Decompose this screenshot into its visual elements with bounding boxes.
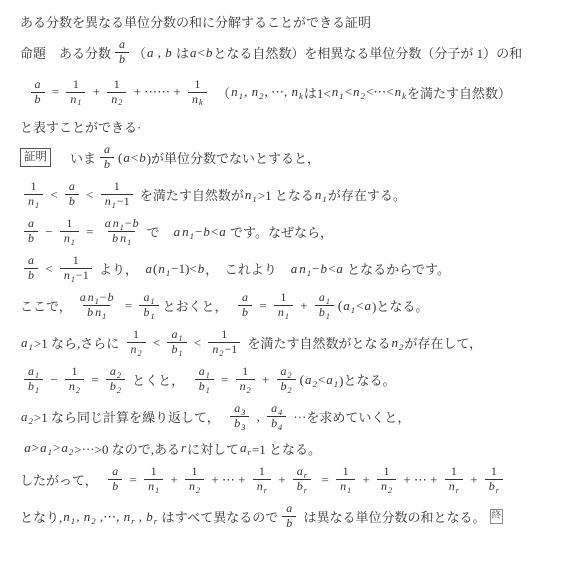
fraction-numerator: a1 (139, 291, 158, 305)
text-run: < (328, 261, 335, 277)
math-var: b (118, 52, 126, 66)
fraction: ab (31, 78, 45, 107)
text-run: と表すことができる· (20, 117, 141, 136)
fraction: a4b4 (267, 402, 286, 431)
fraction-denominator: b (24, 231, 38, 246)
fraction: 1n1−1 (101, 180, 133, 209)
text-run: （ (211, 83, 231, 102)
fraction-numerator: 1 (277, 291, 289, 305)
fraction: 1n1 (274, 291, 293, 320)
math-var: n1 (314, 187, 328, 203)
text-run: , (253, 409, 263, 425)
subscript: 1 (206, 371, 210, 380)
subscript: 1 (29, 342, 33, 352)
subscript: 1 (285, 312, 289, 321)
math-var: a1 (39, 440, 53, 456)
text-run: とおくと， (163, 296, 235, 315)
fraction-numerator: a2 (106, 365, 125, 379)
text-run: < (131, 150, 138, 166)
fraction: an1−bbn1 (76, 291, 118, 320)
fraction: a1b1 (24, 365, 43, 394)
math-var: n1 (69, 92, 82, 106)
subscript: 1 (326, 312, 330, 321)
text-run: 1 (221, 327, 227, 341)
fraction-denominator: b (24, 268, 38, 283)
text-run: < (150, 335, 164, 351)
fraction-numerator: 1 (70, 78, 82, 92)
text-run: + ⋯ + (400, 472, 441, 488)
math-var: n2 (188, 479, 201, 493)
fraction-denominator: b (108, 479, 122, 494)
text-run: 1 (259, 464, 265, 478)
math-var: a (241, 290, 249, 304)
math-var: a (27, 216, 35, 230)
text-run: )となる。 (339, 370, 395, 389)
text-run: − (195, 224, 202, 240)
text-run: 1 (280, 290, 286, 304)
math-var: n2 (83, 509, 97, 525)
subscript: 1 (77, 98, 81, 107)
fraction-numerator: 1 (256, 465, 268, 479)
math-var: n1 (230, 84, 244, 100)
fraction-numerator: ar (293, 465, 311, 479)
fraction: 1n1 (66, 78, 85, 107)
subscript: 1 (326, 297, 330, 306)
fraction-numerator: an1−b (76, 291, 118, 305)
fraction: a2b2 (277, 365, 296, 394)
subscript: 4 (278, 423, 282, 432)
text-run: < (198, 45, 205, 61)
fraction-denominator: n2 (65, 379, 84, 394)
fraction-numerator: 1 (28, 180, 40, 194)
subscript: 2 (29, 416, 33, 426)
math-var: b1 (198, 379, 211, 393)
fraction-denominator: n2 (127, 342, 146, 357)
fraction-denominator: n1 (66, 92, 85, 107)
math-var: b (27, 268, 35, 282)
text-run: より， (96, 259, 145, 278)
subscript: 1 (35, 371, 39, 380)
text-run: >⋯>0 なので,ある (74, 439, 180, 458)
doc-line-10: a1b1 − 1n2 = a2b2 とくと， a1b1 = 1n2 + a2b2… (20, 361, 556, 398)
text-run: −1 (76, 268, 89, 282)
fraction-denominator: br (293, 479, 311, 494)
fraction-denominator: br (485, 479, 503, 494)
fraction-numerator: a1 (167, 328, 186, 342)
math-var: a (79, 290, 87, 304)
fraction: a3b3 (230, 402, 249, 431)
math-var: ar (239, 440, 252, 456)
math-var: n2 (239, 379, 252, 393)
math-var: b (111, 479, 119, 493)
subscript: r (304, 471, 307, 480)
math-var: a2 (60, 440, 74, 456)
text-run: − (47, 372, 61, 388)
fraction: 1n2 (377, 465, 396, 494)
text-run: 1 (71, 364, 77, 378)
doc-line-14: となり,n1, n2 ,⋯, nr , br はすべて異なるのでab は異なる単… (20, 498, 556, 535)
text-run: < (191, 335, 205, 351)
math-var: n1 (94, 305, 107, 319)
text-run: < (47, 187, 61, 203)
subscript: 2 (219, 349, 223, 358)
fraction-numerator: a3 (230, 402, 249, 416)
math-var: b (205, 45, 214, 61)
text-run: −1)< (171, 261, 197, 277)
math-var: n2 (68, 379, 81, 393)
text-run: , ⋯, (265, 84, 291, 100)
fraction-denominator: b1 (139, 305, 158, 320)
text-run: = (49, 84, 63, 100)
math-var: b (138, 150, 147, 166)
subscript: 1 (150, 297, 154, 306)
text-run: − (42, 224, 56, 240)
subscript: r (131, 516, 134, 526)
math-var: a (335, 261, 344, 277)
text-run: 1 (114, 179, 120, 193)
subscript: 1 (120, 223, 124, 232)
fraction-denominator: n1−1 (60, 268, 92, 283)
fraction: ab (65, 180, 79, 209)
subscript: r (304, 486, 307, 495)
text-run: −1 (117, 194, 130, 208)
math-var: n1 (157, 261, 171, 277)
text-run: とくと， (129, 370, 191, 389)
document: ある分数を異なる単位分数の和に分解することができる証明 命題 ある分数ab（a … (0, 0, 566, 535)
math-var: a (118, 37, 126, 51)
doc-line-7: ab < 1n1−1 より， a(n1−1)<b， これより an1−b<a と… (20, 250, 556, 287)
text-run (20, 84, 27, 100)
text-run: 命題 ある分数 (20, 43, 111, 62)
fraction: 1n2 (236, 365, 255, 394)
math-var: n2 (110, 92, 123, 106)
text-run: >1 なら,さらに (34, 333, 123, 352)
fraction-denominator: b (100, 157, 114, 172)
text-run: + (359, 472, 373, 488)
math-var: b (320, 261, 329, 277)
math-var: a2 (109, 364, 122, 378)
math-var: n1 (63, 268, 76, 282)
fraction: ab (100, 143, 114, 172)
subscript: 2 (117, 371, 121, 380)
math-var: b4 (270, 416, 283, 430)
fraction-numerator: a (282, 502, 296, 516)
text-run: = (126, 472, 140, 488)
fraction: 1n1 (24, 180, 43, 209)
math-var: b (164, 45, 173, 61)
fraction-numerator: a4 (267, 402, 286, 416)
text-run: = (256, 298, 270, 314)
text-run: = (218, 372, 232, 388)
fraction: ab (115, 38, 129, 67)
subscript: 2 (288, 386, 292, 395)
fraction-numerator: 1 (488, 465, 500, 479)
math-var: a2 (20, 409, 34, 425)
math-var: b2 (280, 379, 293, 393)
fraction: 1nr (253, 465, 271, 494)
math-var: nr (256, 479, 268, 493)
fraction-denominator: b2 (277, 379, 296, 394)
subscript: 1 (252, 194, 256, 204)
fraction: ab (282, 502, 296, 531)
subscript: 2 (312, 379, 316, 389)
math-var: nr (123, 509, 136, 525)
doc-line-6: ab − 1n1 = an1−bbn1で an1−b<a です。なぜなら， (20, 213, 556, 250)
math-var: a (68, 179, 76, 193)
fraction-numerator: 1 (63, 217, 75, 231)
doc-line-2: ab = 1n1 + 1n2 + ⋯⋯ + 1nk （n1, n2, ⋯, nk… (20, 71, 556, 113)
math-var: n1 (27, 194, 40, 208)
text-run: + (259, 372, 273, 388)
fraction: 1n2−1 (208, 328, 240, 357)
math-var: b (132, 216, 140, 230)
text-run: いま (57, 148, 96, 167)
subscript: 2 (118, 98, 122, 107)
text-run: 1 (384, 464, 390, 478)
fraction-numerator: 1 (111, 180, 123, 194)
text-run: は異なる単位分数の和となる。 (300, 507, 485, 526)
math-var: a1 (198, 364, 211, 378)
math-var: a (218, 224, 227, 240)
text-run: で (147, 222, 173, 241)
fraction-numerator: a (100, 143, 114, 157)
text-run: + ⋯⋯ + (130, 84, 184, 100)
math-var: n1 (277, 305, 290, 319)
math-var: br (145, 509, 158, 525)
math-var: a1 (325, 372, 339, 388)
text-run: ここで， (20, 296, 72, 315)
fraction: a2b2 (106, 365, 125, 394)
fraction-numerator: a (24, 217, 38, 231)
fraction-denominator: nk (188, 92, 207, 107)
fraction: 1n2 (65, 365, 84, 394)
math-var: a2 (280, 364, 293, 378)
fraction-denominator: bn1 (83, 305, 110, 320)
math-var: a1 (20, 335, 34, 351)
fraction-denominator: n1 (144, 479, 163, 494)
text-run: > (32, 440, 39, 456)
text-run: + (89, 84, 103, 100)
math-var: a4 (270, 401, 283, 415)
subscript: 1 (339, 91, 343, 101)
math-var: b (111, 231, 119, 245)
fraction: ab (24, 254, 38, 283)
fraction-denominator: bn1 (108, 231, 135, 246)
text-run: + (167, 472, 181, 488)
math-var: n2 (380, 479, 393, 493)
math-var: n2 (352, 84, 366, 100)
math-var: a (189, 45, 198, 61)
text-run: + ⋯ + (208, 472, 249, 488)
text-run: , (155, 45, 165, 61)
math-var: n2 (390, 335, 404, 351)
proof-body: 命題 ある分数ab（a , b はa<bとなる自然数）を相異なる単位分数（分子が… (20, 34, 556, 535)
fraction-denominator: n2−1 (208, 342, 240, 357)
math-var: b (197, 261, 206, 277)
math-var: n1 (112, 216, 125, 230)
subscript: 1 (351, 305, 355, 315)
text-run: 1 (192, 464, 198, 478)
math-var: ar (296, 464, 308, 478)
fraction-denominator: b1 (195, 379, 214, 394)
doc-line-4: 証明 いまab(a<b)が単位分数でないとすると， (20, 139, 556, 176)
math-var: a (104, 216, 112, 230)
subscript: 4 (278, 408, 282, 417)
fraction-numerator: a1 (195, 365, 214, 379)
fraction: an1−bbn1 (101, 217, 143, 246)
text-run: )となる。 (372, 296, 428, 315)
fraction-denominator: nr (253, 479, 271, 494)
text-run: 1 (242, 364, 248, 378)
proof-label: 証明 (20, 148, 51, 166)
fraction-numerator: a (24, 254, 38, 268)
text-run: −1 (224, 342, 237, 356)
fraction: 1n1−1 (60, 254, 92, 283)
subscript: 1 (35, 201, 39, 210)
subscript: k (199, 98, 203, 107)
text-run: , (136, 509, 146, 525)
fraction-numerator: 1 (381, 465, 393, 479)
math-var: b1 (318, 305, 331, 319)
math-var: b (86, 305, 94, 319)
text-run: − (125, 216, 132, 230)
math-var: b3 (233, 416, 246, 430)
fraction-denominator: b1 (24, 379, 43, 394)
text-run: < (42, 261, 56, 277)
fraction: a1b1 (167, 328, 186, 357)
math-var: a (103, 142, 111, 156)
page-title: ある分数を異なる単位分数の和に分解することができる証明 (20, 8, 556, 34)
text-run: <⋯< (366, 84, 394, 100)
subscript: 1 (347, 486, 351, 495)
math-var: a (34, 77, 42, 91)
fraction: 1n1 (60, 217, 79, 246)
subscript: 1 (166, 268, 170, 278)
fraction-denominator: b (31, 92, 45, 107)
fraction-numerator: 1 (189, 465, 201, 479)
subscript: 1 (178, 349, 182, 358)
subscript: 1 (112, 201, 116, 210)
doc-line-1: 命題 ある分数ab（a , b はa<bとなる自然数）を相異なる単位分数（分子が… (20, 34, 556, 71)
math-var: b (103, 157, 111, 171)
math-var: b1 (170, 342, 183, 356)
text-run: となるからです。 (344, 259, 450, 278)
text-run: ,⋯, (97, 509, 123, 525)
math-var: a1 (27, 364, 40, 378)
fraction-numerator: a (65, 180, 79, 194)
fraction: a1b1 (195, 365, 214, 394)
fraction-numerator: a2 (277, 365, 296, 379)
text-run: >1 となる (258, 185, 314, 204)
math-var: n1 (181, 224, 195, 240)
doc-line-9: a1>1 なら,さらに 1n2 < a1b1 < 1n2−1 を満たす自然数がと… (20, 324, 556, 361)
math-var: b (107, 290, 115, 304)
text-run: = (88, 372, 102, 388)
text-run: ， これより (205, 259, 290, 278)
math-var: r (180, 440, 187, 456)
fraction-numerator: 1 (111, 78, 123, 92)
fraction-denominator: b1 (167, 342, 186, 357)
fraction-denominator: n1 (274, 305, 293, 320)
math-var: a1 (170, 327, 183, 341)
subscript: 1 (334, 379, 338, 389)
fraction-numerator: an1−b (101, 217, 143, 231)
subscript: r (154, 516, 157, 526)
fraction-denominator: n2 (185, 479, 204, 494)
text-run: < (318, 372, 325, 388)
text-run: 1 (151, 464, 157, 478)
subscript: 1 (48, 447, 52, 457)
text-run: 1 (73, 253, 79, 267)
subscript: 2 (388, 486, 392, 495)
fraction-denominator: n1−1 (101, 194, 133, 209)
math-var: n1 (244, 187, 258, 203)
fraction: arbr (293, 465, 311, 494)
text-run: + (275, 472, 289, 488)
text-run: )が単位分数でないとすると， (147, 148, 320, 167)
subscript: 1 (322, 194, 326, 204)
math-var: b (27, 231, 35, 245)
math-var: n1 (119, 231, 132, 245)
text-run: が存在する。 (328, 185, 406, 204)
fraction: a1b1 (139, 291, 158, 320)
math-var: n1 (63, 231, 76, 245)
fraction-numerator: 1 (448, 465, 460, 479)
subscript: 2 (361, 91, 365, 101)
fraction-denominator: b (282, 516, 296, 531)
subscript: 2 (399, 342, 403, 352)
subscript: 1 (71, 516, 75, 526)
fraction-denominator: b1 (315, 305, 334, 320)
math-var: a3 (233, 401, 246, 415)
text-run: 1 (73, 77, 79, 91)
fraction-numerator: a1 (315, 291, 334, 305)
fraction-denominator: n1 (336, 479, 355, 494)
text-run: は1< (304, 83, 331, 102)
text-run: はすべて異なるので (158, 507, 278, 526)
math-var: b (202, 224, 211, 240)
text-run: です。なぜなら， (227, 222, 333, 241)
subscript: 1 (155, 486, 159, 495)
text-run: 1 (31, 179, 37, 193)
text-run: 1 (114, 77, 120, 91)
fraction: ab (24, 217, 38, 246)
math-var: n1 (298, 261, 312, 277)
doc-line-8: ここで，an1−bbn1 = a1b1とおくと， ab = 1n1 + a1b1… (20, 287, 556, 324)
text-run: 1 (194, 77, 200, 91)
doc-line-3: と表すことができる· (20, 113, 556, 139)
subscript: 1 (95, 297, 99, 306)
math-var: a (146, 45, 155, 61)
subscript: 2 (196, 486, 200, 495)
math-var: a (364, 298, 373, 314)
subscript: r (264, 486, 267, 495)
math-var: b1 (27, 379, 40, 393)
text-run: 1 (451, 464, 457, 478)
text-run: となり, (20, 507, 62, 526)
fraction-numerator: 1 (130, 328, 142, 342)
fraction: ab (108, 465, 122, 494)
subscript: k (402, 91, 406, 101)
math-var: nk (394, 84, 407, 100)
fraction: 1n2 (127, 328, 146, 357)
subscript: 1 (307, 268, 311, 278)
fraction-denominator: n1 (60, 231, 79, 246)
math-var: n1 (339, 479, 352, 493)
text-run: を満たす自然数がとなる (244, 333, 390, 352)
text-run: > (53, 440, 60, 456)
fraction-denominator: n2 (236, 379, 255, 394)
